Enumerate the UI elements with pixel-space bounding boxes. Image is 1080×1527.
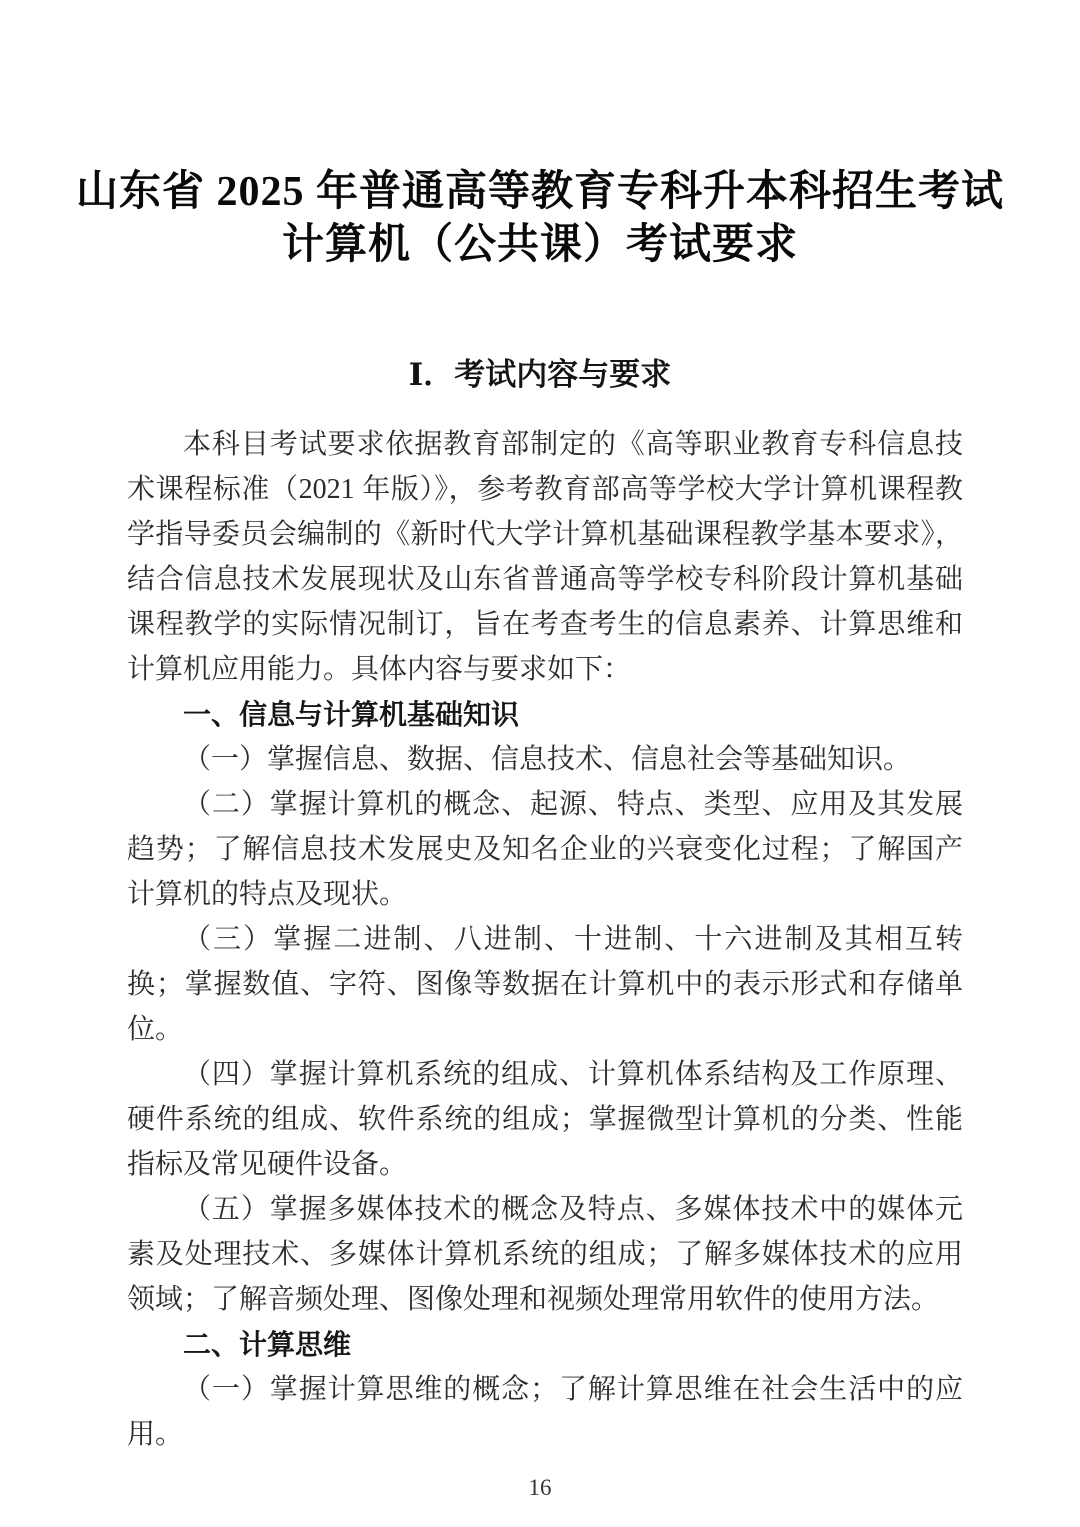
subsection-heading-1: 一、信息与计算机基础知识	[127, 692, 963, 737]
section-heading-label: 考试内容与要求	[454, 357, 671, 392]
paragraph-2-item-1: （一）掌握计算思维的概念；了解计算思维在社会生活中的应用。	[127, 1367, 963, 1457]
section-heading: Ⅰ．考试内容与要求	[0, 354, 1080, 396]
subsection-heading-2: 二、计算思维	[127, 1322, 963, 1367]
document-title-line2: 计算机（公共课）考试要求	[0, 219, 1080, 272]
paragraph-1-item-1: （一）掌握信息、数据、信息技术、信息社会等基础知识。	[127, 737, 963, 782]
document-title-line1: 山东省 2025 年普通高等教育专科升本科招生考试	[0, 166, 1080, 219]
section-heading-numeral: Ⅰ．	[409, 357, 455, 392]
document-body: 本科目考试要求依据教育部制定的《高等职业教育专科信息技术课程标准（2021 年版…	[127, 422, 963, 1457]
paragraph-1-item-3: （三）掌握二进制、八进制、十进制、十六进制及其相互转换；掌握数值、字符、图像等数…	[127, 917, 963, 1052]
document-page: 山东省 2025 年普通高等教育专科升本科招生考试 计算机（公共课）考试要求 Ⅰ…	[0, 0, 1080, 1527]
page-number: 16	[0, 1475, 1080, 1501]
paragraph-1-item-5: （五）掌握多媒体技术的概念及特点、多媒体技术中的媒体元素及处理技术、多媒体计算机…	[127, 1187, 963, 1322]
paragraph-1-item-2: （二）掌握计算机的概念、起源、特点、类型、应用及其发展趋势；了解信息技术发展史及…	[127, 782, 963, 917]
paragraph-intro: 本科目考试要求依据教育部制定的《高等职业教育专科信息技术课程标准（2021 年版…	[127, 422, 963, 692]
paragraph-1-item-4: （四）掌握计算机系统的组成、计算机体系结构及工作原理、硬件系统的组成、软件系统的…	[127, 1052, 963, 1187]
document-title: 山东省 2025 年普通高等教育专科升本科招生考试 计算机（公共课）考试要求	[0, 28, 1080, 272]
